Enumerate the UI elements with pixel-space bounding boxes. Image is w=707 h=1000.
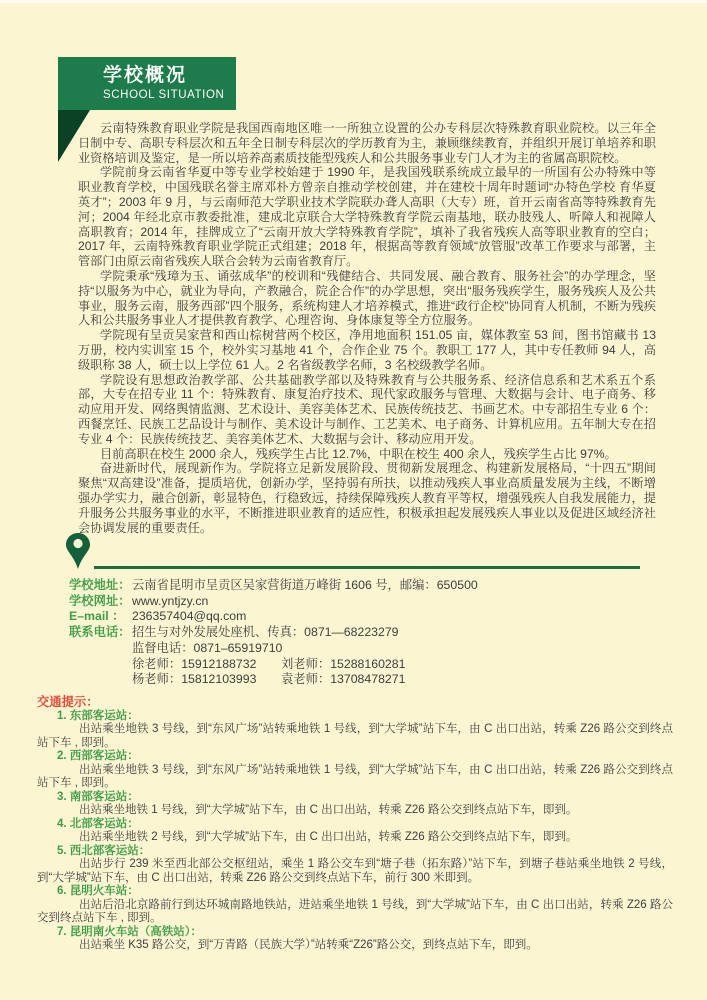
- traffic-item-title: 1. 东部客运站：: [37, 710, 673, 724]
- traffic-item: 5. 西北部客运站： 出站步行 239 米至西北部公交枢纽站，乘坐 1 路公交车…: [37, 845, 673, 886]
- traffic-item-title: 2. 西部客运站：: [37, 750, 673, 764]
- traffic-heading: 交通提示：: [37, 695, 673, 709]
- contact-value: 招生与对外发展处座机、传真：0871—68223279: [132, 625, 399, 639]
- overview-paragraph: 学院设有思想政治教学部、公共基础教学部以及特殊教育与公共服务系、经济信息系和艺术…: [78, 373, 656, 447]
- contact-label: 学校网址：: [69, 594, 132, 610]
- section-banner: 学校概况 SCHOOL SITUATION: [58, 57, 236, 110]
- school-email: 236357404@qq.com: [132, 609, 246, 623]
- traffic-item-body: 出站乘坐地铁 3 号线，到“东风广场”站转乘地铁 1 号线，到“大学城”站下车，…: [37, 723, 673, 750]
- contact-row: E–mail ：236357404@qq.com: [69, 609, 707, 625]
- contact-row: 联系电话：招生与对外发展处座机、传真：0871—68223279: [69, 625, 707, 641]
- overview-paragraph: 目前高职在校生 2000 余人，残疾学生占比 12.7%，中职在校生 400 余…: [78, 447, 656, 462]
- traffic-item-title: 3. 南部客运站：: [37, 791, 673, 805]
- traffic-item: 3. 南部客运站： 出站乘坐地铁 1 号线，到“大学城”站下车，由 C 出口出站…: [37, 791, 673, 818]
- contact-extra-line: 杨老师：15812103993 袁老师：13708478271: [132, 672, 707, 688]
- top-edge-strip: [0, 0, 707, 3]
- section-subtitle: SCHOOL SITUATION: [103, 89, 236, 101]
- traffic-tips-section: 交通提示： 1. 东部客运站： 出站乘坐地铁 3 号线，到“东风广场”站转乘地铁…: [37, 695, 673, 953]
- traffic-item-body: 出站乘坐地铁 3 号线，到“东风广场”站转乘地铁 1 号线，到“大学城”站下车，…: [37, 764, 673, 791]
- contact-extra-line: 监督电话：0871–65919710: [132, 641, 707, 657]
- contact-section: 学校地址：云南省昆明市呈贡区吴家营街道万峰街 1606 号，邮编：650500 …: [69, 578, 707, 688]
- location-pin-icon: [66, 533, 90, 574]
- contact-label: E–mail ：: [69, 609, 132, 625]
- contact-label: 学校地址：: [69, 578, 132, 594]
- section-banner-box: 学校概况 SCHOOL SITUATION: [58, 57, 236, 110]
- traffic-item-title: 4. 北部客运站：: [37, 818, 673, 832]
- brochure-page: 学校概况 SCHOOL SITUATION 云南特殊教育职业学院是我国西南地区唯…: [0, 0, 707, 1000]
- contact-label: 联系电话：: [69, 625, 132, 641]
- traffic-item: 6. 昆明火车站： 出站后沿北京路前行到达环城南路地铁站，进站乘坐地铁 1 号线…: [37, 885, 673, 926]
- overview-paragraph: 奋进新时代，展现新作为。学院将立足新发展阶段、贯彻新发展理念、构建新发展格局，“…: [78, 461, 656, 535]
- traffic-item: 4. 北部客运站： 出站乘坐地铁 2 号线，到“大学城”站下车，由 C 出口出站…: [37, 818, 673, 845]
- contact-row: 学校地址：云南省昆明市呈贡区吴家营街道万峰街 1606 号，邮编：650500: [69, 578, 707, 594]
- traffic-item-title: 6. 昆明火车站：: [37, 885, 673, 899]
- traffic-item-title: 5. 西北部客运站：: [37, 845, 673, 859]
- contact-extra-line: 徐老师：15912188732 刘老师：15288160281: [132, 657, 707, 673]
- traffic-item-body: 出站乘坐 K35 路公交，到“万青路（民族大学）”站转乘“Z26”路公交，到终点…: [37, 939, 673, 953]
- traffic-item: 1. 东部客运站： 出站乘坐地铁 3 号线，到“东风广场”站转乘地铁 1 号线，…: [37, 710, 673, 751]
- overview-paragraph: 云南特殊教育职业学院是我国西南地区唯一一所独立设置的公办专科层次特殊教育职业院校…: [78, 121, 656, 165]
- contact-value: 云南省昆明市呈贡区吴家营街道万峰街 1606 号，邮编：650500: [132, 578, 478, 592]
- contact-row: 学校网址：www.yntjzy.cn: [69, 594, 707, 610]
- traffic-item: 2. 西部客运站： 出站乘坐地铁 3 号线，到“东风广场”站转乘地铁 1 号线，…: [37, 750, 673, 791]
- overview-paragraph: 学院秉承“残璋为玉、诵弦成华”的校训和“残健结合、共同发展、融合教育、服务社会”…: [78, 269, 656, 328]
- school-website: www.yntjzy.cn: [132, 594, 208, 608]
- traffic-item-body: 出站乘坐地铁 2 号线，到“大学城”站下车，由 C 出口出站，转乘 Z26 路公…: [37, 831, 673, 845]
- traffic-item-body: 出站步行 239 米至西北部公交枢纽站，乘坐 1 路公交车到“塘子巷（拓东路）”…: [37, 858, 673, 885]
- section-title: 学校概况: [103, 65, 236, 87]
- traffic-item: 7. 昆明南火车站（高铁站）： 出站乘坐 K35 路公交，到“万青路（民族大学）…: [37, 926, 673, 953]
- divider-line: [94, 566, 640, 569]
- traffic-item-body: 出站乘坐地铁 1 号线，到“大学城”站下车，由 C 出口出站，转乘 Z26 路公…: [37, 804, 673, 818]
- traffic-item-title: 7. 昆明南火车站（高铁站）：: [37, 926, 673, 940]
- overview-paragraph: 学院现有呈贡吴家营和西山棕树营两个校区，净用地面积 151.05 亩，媒体教室 …: [78, 328, 656, 372]
- traffic-item-body: 出站后沿北京路前行到达环城南路地铁站，进站乘坐地铁 1 号线，到“大学城”站下车…: [37, 899, 673, 926]
- school-overview: 云南特殊教育职业学院是我国西南地区唯一一所独立设置的公办专科层次特殊教育职业院校…: [78, 121, 656, 535]
- overview-paragraph: 学院前身云南省华夏中等专业学校始建于 1990 年，是我国残联系统成立最早的一所…: [78, 165, 656, 269]
